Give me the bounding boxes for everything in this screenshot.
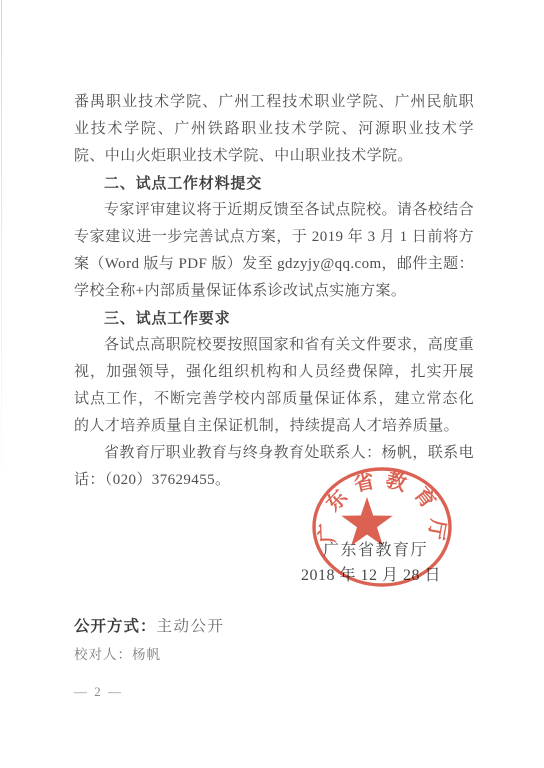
page-number: — 2 — [74,684,123,700]
heading-section-3: 三、试点工作要求 [74,305,474,332]
official-seal-icon: 广东省教育厅 [308,466,458,602]
document-page: 番禺职业技术学院、广州工程技术职业学院、广州民航职业技术学院、广州铁路职业技术学… [0,0,544,768]
svg-text:广东省教育厅: 广东省教育厅 [315,467,450,551]
paragraph-work-requirements: 各试点高职院校要按照国家和省有关文件要求，高度重视，加强领导，强化组织机构和人员… [74,332,474,440]
disclosure-line: 公开方式：主动公开 [74,614,225,636]
scan-edge-artifact [1,0,2,500]
disclosure-value: 主动公开 [157,618,225,635]
document-body: 番禺职业技术学院、广州工程技术职业学院、广州民航职业技术学院、广州铁路职业技术学… [74,89,474,494]
proofreader-line: 校对人：杨帆 [74,643,161,663]
proofreader-value: 杨帆 [132,647,161,662]
disclosure-label: 公开方式： [74,618,157,635]
seal-arc-text: 广东省教育厅 [315,467,450,551]
proofreader-label: 校对人： [74,647,132,662]
heading-section-2: 二、试点工作材料提交 [74,170,474,197]
paragraph-material-submission: 专家评审建议将于近期反馈至各试点院校。请各校结合专家建议进一步完善试点方案，于 … [74,197,474,305]
paragraph-pilot-school-list: 番禺职业技术学院、广州工程技术职业学院、广州民航职业技术学院、广州铁路职业技术学… [74,89,474,170]
